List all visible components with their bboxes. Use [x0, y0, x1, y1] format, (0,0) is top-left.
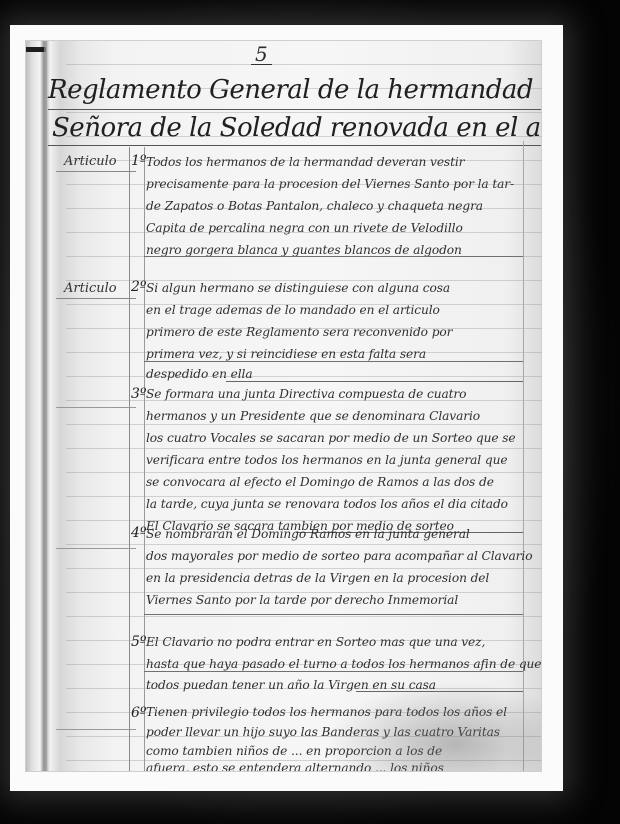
article-5-line-1: El Clavario no podra entrar en Sorteo ma… [146, 635, 485, 649]
article-6-line-4: afuera, esto se entendera alternando ...… [146, 761, 444, 772]
article-1-margin-label: Articulo [64, 154, 117, 169]
title-line-1: Reglamento General de la hermandad de nu… [48, 75, 542, 105]
article-4-end-rule [144, 614, 523, 615]
article-3-line-1: Se formara una junta Directiva compuesta… [146, 387, 466, 401]
article-5-number: 5º [131, 634, 147, 650]
article-6-line-2: poder llevar un hijo suyo las Banderas y… [146, 725, 500, 739]
title-line-2: Señora de la Soledad renovada en el año … [52, 113, 542, 143]
article-1-line-5: negro gorgera blanca y guantes blancos d… [146, 243, 462, 257]
article-3-line-3: los cuatro Vocales se sacaran por medio … [146, 431, 515, 445]
article-2-end-rule [226, 381, 523, 382]
article-1-line-3: de Zapatos o Botas Pantalon, chaleco y c… [146, 199, 483, 213]
right-margin-rule [523, 141, 524, 771]
article-3-line-2: hermanos y un Presidente que se denomina… [146, 409, 480, 423]
article-4-label-rule [56, 548, 136, 549]
page-number: 5 [251, 44, 272, 65]
article-4-line-3: en la presidencia detras de la Virgen en… [146, 571, 489, 585]
article-1-line-1: Todos los hermanos de la hermandad dever… [146, 155, 464, 169]
manuscript-page: 5 Reglamento General de la hermandad de … [25, 40, 542, 772]
article-5-line-2: hasta que haya pasado el turno a todos l… [146, 657, 541, 671]
article-1-line-4: Capita de percalina negra con un rivete … [146, 221, 463, 235]
article-2-number: 2º [131, 279, 147, 295]
article-6-label-rule [56, 729, 136, 730]
article-2-label-rule [56, 298, 136, 299]
title-underline-2 [48, 145, 541, 146]
article-2-line-2: en el trage ademas de lo mandado en el a… [146, 303, 440, 317]
article-1-label-rule [56, 171, 136, 172]
article-6-line-3: como tambien niños de ... en proporcion … [146, 744, 442, 758]
binding-spine [44, 41, 47, 771]
article-2-line-3: primero de este Reglamento sera reconven… [146, 325, 452, 339]
article-2-line-5: despedido en ella [146, 367, 253, 381]
article-3-line-5: se convocara al efecto el Domingo de Ram… [146, 475, 494, 489]
article-3-number: 3º [131, 386, 147, 402]
article-4-line-1: Se nombraran el Domingo Ramos en la junt… [146, 527, 470, 541]
article-2-line-4: primera vez, y si reincidiese en esta fa… [146, 347, 426, 361]
article-1-line-2: precisamente para la procesion del Viern… [146, 177, 514, 191]
article-2-margin-label: Articulo [64, 281, 117, 296]
article-5-mid-rule [144, 671, 523, 672]
article-6-number: 6º [131, 705, 147, 721]
article-2-mid-rule [144, 361, 523, 362]
title-underline-1 [48, 109, 541, 110]
number-column-rule [144, 147, 145, 771]
article-4-line-2: dos mayorales por medio de sorteo para a… [146, 549, 532, 563]
article-3-line-4: verificara entre todos los hermanos en l… [146, 453, 507, 467]
article-1-number: 1º [131, 153, 147, 169]
article-5-end-rule [356, 691, 523, 692]
article-2-line-1: Si algun hermano se distinguiese con alg… [146, 281, 450, 295]
binding-tab [26, 47, 46, 52]
margin-column-rule [129, 147, 130, 771]
article-5-line-3: todos puedan tener un año la Virgen en s… [146, 678, 436, 692]
article-6-line-1: Tienen privilegio todos los hermanos par… [146, 705, 507, 719]
article-3-line-6: la tarde, cuya junta se renovara todos l… [146, 497, 508, 511]
article-4-line-4: Viernes Santo por la tarde por derecho I… [146, 593, 458, 607]
article-3-label-rule [56, 407, 136, 408]
article-4-number: 4º [131, 525, 147, 541]
article-1-end-rule [144, 256, 523, 257]
